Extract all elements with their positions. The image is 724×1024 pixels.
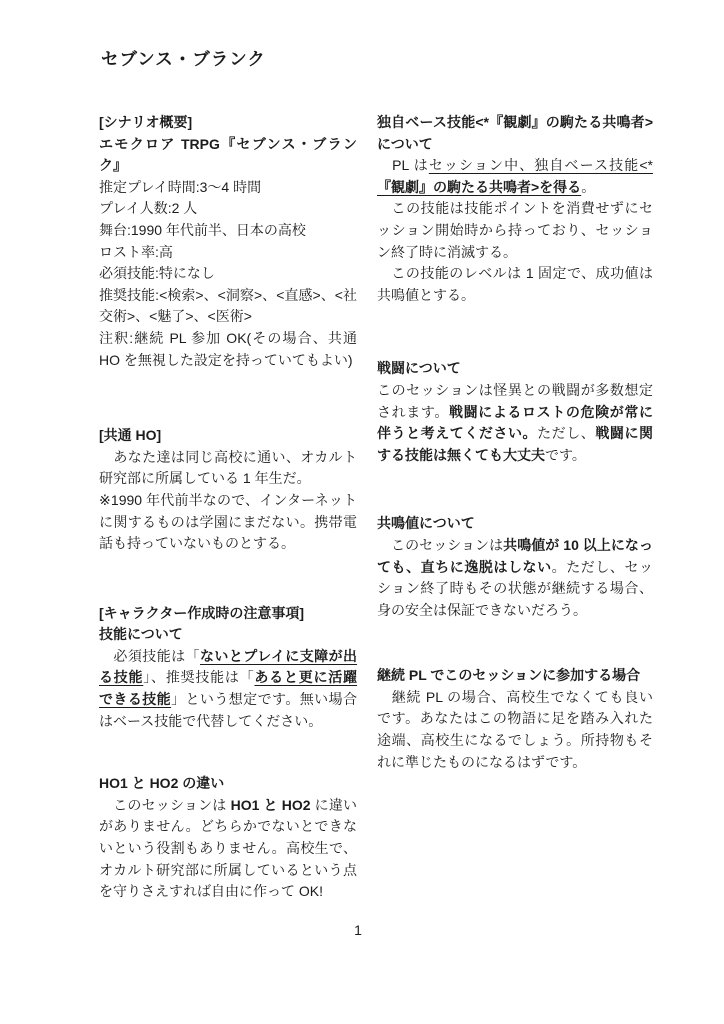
section-heading: 技能について bbox=[99, 624, 357, 646]
paragraph: 必須技能:特になし bbox=[99, 263, 357, 285]
paragraph: プレイ人数:2 人 bbox=[99, 198, 357, 220]
text-run: 必須技能:特になし bbox=[99, 265, 215, 281]
text-run: 注釈:継続 PL 参加 OK(その場合、共通 HO を無視した設定を持っていても… bbox=[99, 330, 357, 368]
text-run: です。 bbox=[545, 447, 586, 463]
section-heading: [キャラクター作成時の注意事項] bbox=[99, 603, 357, 625]
text-run: 推定プレイ時間:3〜4 時間 bbox=[99, 179, 261, 195]
section-heading: 共鳴値について bbox=[377, 513, 653, 535]
paragraph: あなた達は同じ高校に通い、オカルト研究部に所属している 1 年生だ。 bbox=[99, 447, 357, 490]
text-run: このセッションは bbox=[99, 797, 231, 813]
paragraph: 必須技能は「ないとプレイに支障が出る技能」、推奨技能は「あると更に活躍できる技能… bbox=[99, 646, 357, 732]
section-continuing-pl: 継続 PL でこのセッションに参加する場合 継続 PL の場合、高校生でなくても… bbox=[377, 665, 653, 773]
section-heading: 独自ベース技能<*『観劇』の駒たる共鳴者>について bbox=[377, 112, 653, 155]
document-page: セブンス・ブランク [シナリオ概要]エモクロア TRPG『セブンス・ブランク』推… bbox=[0, 0, 724, 1024]
text-run: HO1 と HO2 の違い bbox=[99, 775, 224, 791]
paragraph: このセッションは怪異との戦闘が多数想定されます。戦闘によるロストの危険が常に伴う… bbox=[377, 380, 653, 466]
text-run: [シナリオ概要] bbox=[99, 114, 192, 130]
paragraph: この技能のレベルは 1 固定で、成功値は共鳴値とする。 bbox=[377, 263, 653, 306]
text-run: 継続 PL でこのセッションに参加する場合 bbox=[377, 667, 640, 683]
text-run: 」、推奨技能は「 bbox=[143, 669, 254, 685]
paragraph: 推定プレイ時間:3〜4 時間 bbox=[99, 177, 357, 199]
text-run: 推奨技能:<検索>、<洞察>、<直感>、<社交術>、<魅了>、<医術> bbox=[99, 287, 357, 325]
text-run: あなた達は同じ高校に通い、オカルト研究部に所属している 1 年生だ。 bbox=[99, 449, 357, 487]
paragraph: このセッションは共鳴値が 10 以上になっても、直ちに逸脱はしない。ただし、セッ… bbox=[377, 535, 653, 621]
text-run: このセッションは bbox=[377, 537, 503, 553]
section-heading: エモクロア TRPG『セブンス・ブランク』 bbox=[99, 134, 357, 177]
section-common-ho: [共通 HO] あなた達は同じ高校に通い、オカルト研究部に所属している 1 年生… bbox=[99, 425, 357, 555]
paragraph: 注釈:継続 PL 参加 OK(その場合、共通 HO を無視した設定を持っていても… bbox=[99, 328, 357, 371]
text-run: セッション中、独自ベース技能<* bbox=[429, 157, 653, 173]
paragraph: このセッションは HO1 と HO2 に違いがありません。どちらかでないとできな… bbox=[99, 795, 357, 903]
text-run: この技能のレベルは 1 固定で、成功値は共鳴値とする。 bbox=[377, 265, 653, 303]
text-run: 『観劇』の駒たる共鳴者>を得る bbox=[377, 179, 581, 195]
section-unique-base-skill: 独自ベース技能<*『観劇』の駒たる共鳴者>について PL はセッション中、独自ベ… bbox=[377, 112, 653, 306]
text-run: 共鳴値について bbox=[377, 515, 475, 531]
section-character-creation-notes: [キャラクター作成時の注意事項]技能について 必須技能は「ないとプレイに支障が出… bbox=[99, 603, 357, 733]
paragraph: 舞台:1990 年代前半、日本の高校 bbox=[99, 220, 357, 242]
section-heading: HO1 と HO2 の違い bbox=[99, 773, 357, 795]
paragraph: ※1990 年代前半なので、インターネットに関するものは学園にまだない。携帯電話… bbox=[99, 490, 357, 555]
paragraph: PL はセッション中、独自ベース技能<*『観劇』の駒たる共鳴者>を得る。 bbox=[377, 155, 653, 198]
paragraph: 継続 PL の場合、高校生でなくても良いです。あなたはこの物語に足を踏み入れた途… bbox=[377, 687, 653, 773]
right-column: 独自ベース技能<*『観劇』の駒たる共鳴者>について PL はセッション中、独自ベ… bbox=[377, 112, 653, 773]
section-scenario-overview: [シナリオ概要]エモクロア TRPG『セブンス・ブランク』推定プレイ時間:3〜4… bbox=[99, 112, 357, 371]
section-heading: [共通 HO] bbox=[99, 425, 357, 447]
text-run: ※1990 年代前半なので、インターネットに関するものは学園にまだない。携帯電話… bbox=[99, 492, 357, 551]
text-run: [キャラクター作成時の注意事項] bbox=[99, 605, 304, 621]
text-run: 技能について bbox=[99, 626, 183, 642]
paragraph: この技能は技能ポイントを消費せずにセッション開始時から持っており、セッション終了… bbox=[377, 198, 653, 263]
section-about-resonance-value: 共鳴値について このセッションは共鳴値が 10 以上になっても、直ちに逸脱はしな… bbox=[377, 513, 653, 621]
text-run: [共通 HO] bbox=[99, 427, 161, 443]
section-heading: [シナリオ概要] bbox=[99, 112, 357, 134]
section-heading: 継続 PL でこのセッションに参加する場合 bbox=[377, 665, 653, 687]
section-about-combat: 戦闘についてこのセッションは怪異との戦闘が多数想定されます。戦闘によるロストの危… bbox=[377, 358, 653, 466]
page-number: 1 bbox=[0, 922, 716, 938]
section-heading: 戦闘について bbox=[377, 358, 653, 380]
text-run: PL は bbox=[377, 157, 429, 173]
text-run: 戦闘について bbox=[377, 360, 461, 376]
left-column: [シナリオ概要]エモクロア TRPG『セブンス・ブランク』推定プレイ時間:3〜4… bbox=[99, 112, 357, 903]
text-run: プレイ人数:2 人 bbox=[99, 200, 197, 216]
text-run: 舞台:1990 年代前半、日本の高校 bbox=[99, 222, 306, 238]
document-title: セブンス・ブランク bbox=[101, 46, 266, 71]
paragraph: ロスト率:高 bbox=[99, 242, 357, 264]
text-run: エモクロア TRPG『セブンス・ブランク』 bbox=[99, 136, 357, 174]
text-run: 。 bbox=[581, 179, 595, 195]
text-run: HO1 と HO2 bbox=[231, 797, 311, 813]
paragraph: 推奨技能:<検索>、<洞察>、<直感>、<社交術>、<魅了>、<医術> bbox=[99, 285, 357, 328]
text-run: この技能は技能ポイントを消費せずにセッション開始時から持っており、セッション終了… bbox=[377, 200, 653, 259]
text-run: 継続 PL の場合、高校生でなくても良いです。あなたはこの物語に足を踏み入れた途… bbox=[377, 689, 653, 770]
section-ho1-ho2-difference: HO1 と HO2 の違い このセッションは HO1 と HO2 に違いがありま… bbox=[99, 773, 357, 903]
text-run: 独自ベース技能<*『観劇』の駒たる共鳴者>について bbox=[377, 114, 653, 152]
text-run: 必須技能は「 bbox=[99, 648, 200, 664]
text-run: ロスト率:高 bbox=[99, 244, 173, 260]
text-run: ただし、 bbox=[537, 425, 595, 441]
